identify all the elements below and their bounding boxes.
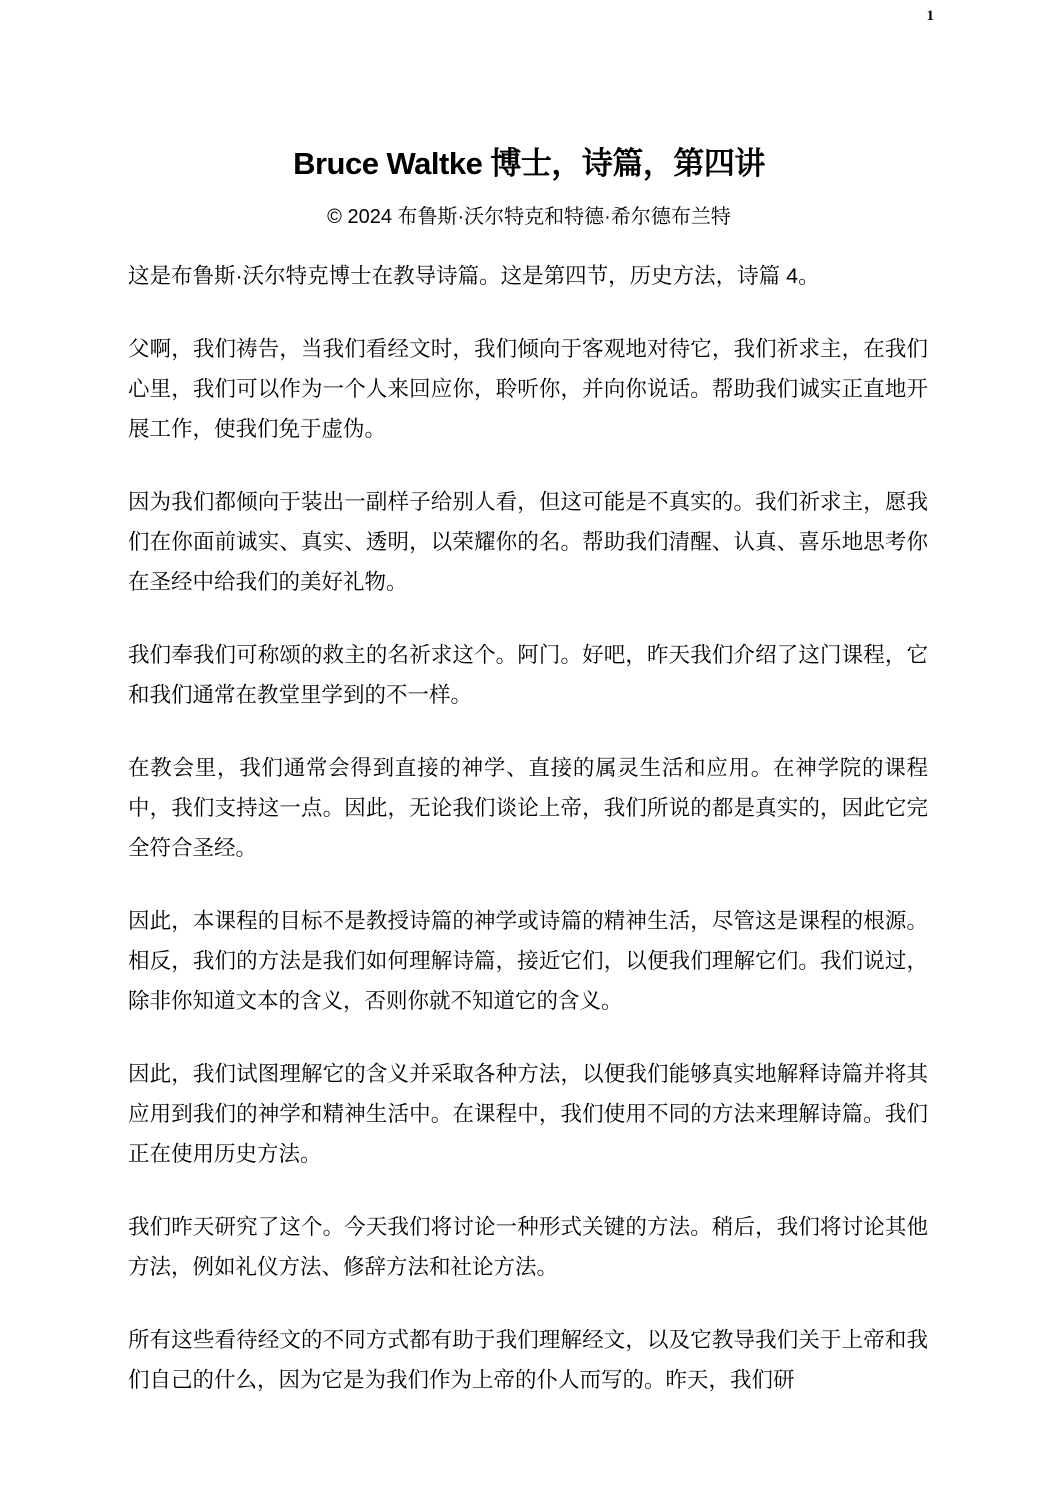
paragraph: 所有这些看待经文的不同方式都有助于我们理解经文，以及它教导我们关于上帝和我们自己…	[128, 1320, 928, 1400]
paragraph: 我们昨天研究了这个。今天我们将讨论一种形式关键的方法。稍后，我们将讨论其他方法，…	[128, 1207, 928, 1287]
paragraph: 这是布鲁斯·沃尔特克博士在教导诗篇。这是第四节，历史方法，诗篇 4。	[128, 256, 928, 296]
paragraph: 我们奉我们可称颂的救主的名祈求这个。阿门。好吧，昨天我们介绍了这门课程，它和我们…	[128, 635, 928, 715]
paragraph: 父啊，我们祷告，当我们看经文时，我们倾向于客观地对待它，我们祈求主，在我们心里，…	[128, 329, 928, 449]
paragraph: 因为我们都倾向于装出一副样子给别人看，但这可能是不真实的。我们祈求主，愿我们在你…	[128, 482, 928, 602]
copyright-line: © 2024 布鲁斯·沃尔特克和特德·希尔德布兰特	[0, 200, 1058, 229]
paragraph: 因此，我们试图理解它的含义并采取各种方法，以便我们能够真实地解释诗篇并将其应用到…	[128, 1054, 928, 1174]
page-number: 1	[927, 8, 935, 25]
paragraph: 因此，本课程的目标不是教授诗篇的神学或诗篇的精神生活，尽管这是课程的根源。相反，…	[128, 901, 928, 1021]
document-body: 这是布鲁斯·沃尔特克博士在教导诗篇。这是第四节，历史方法，诗篇 4。 父啊，我们…	[128, 256, 928, 1433]
paragraph: 在教会里，我们通常会得到直接的神学、直接的属灵生活和应用。在神学院的课程中，我们…	[128, 748, 928, 868]
document-title: Bruce Waltke 博士，诗篇，第四讲	[0, 138, 1058, 183]
